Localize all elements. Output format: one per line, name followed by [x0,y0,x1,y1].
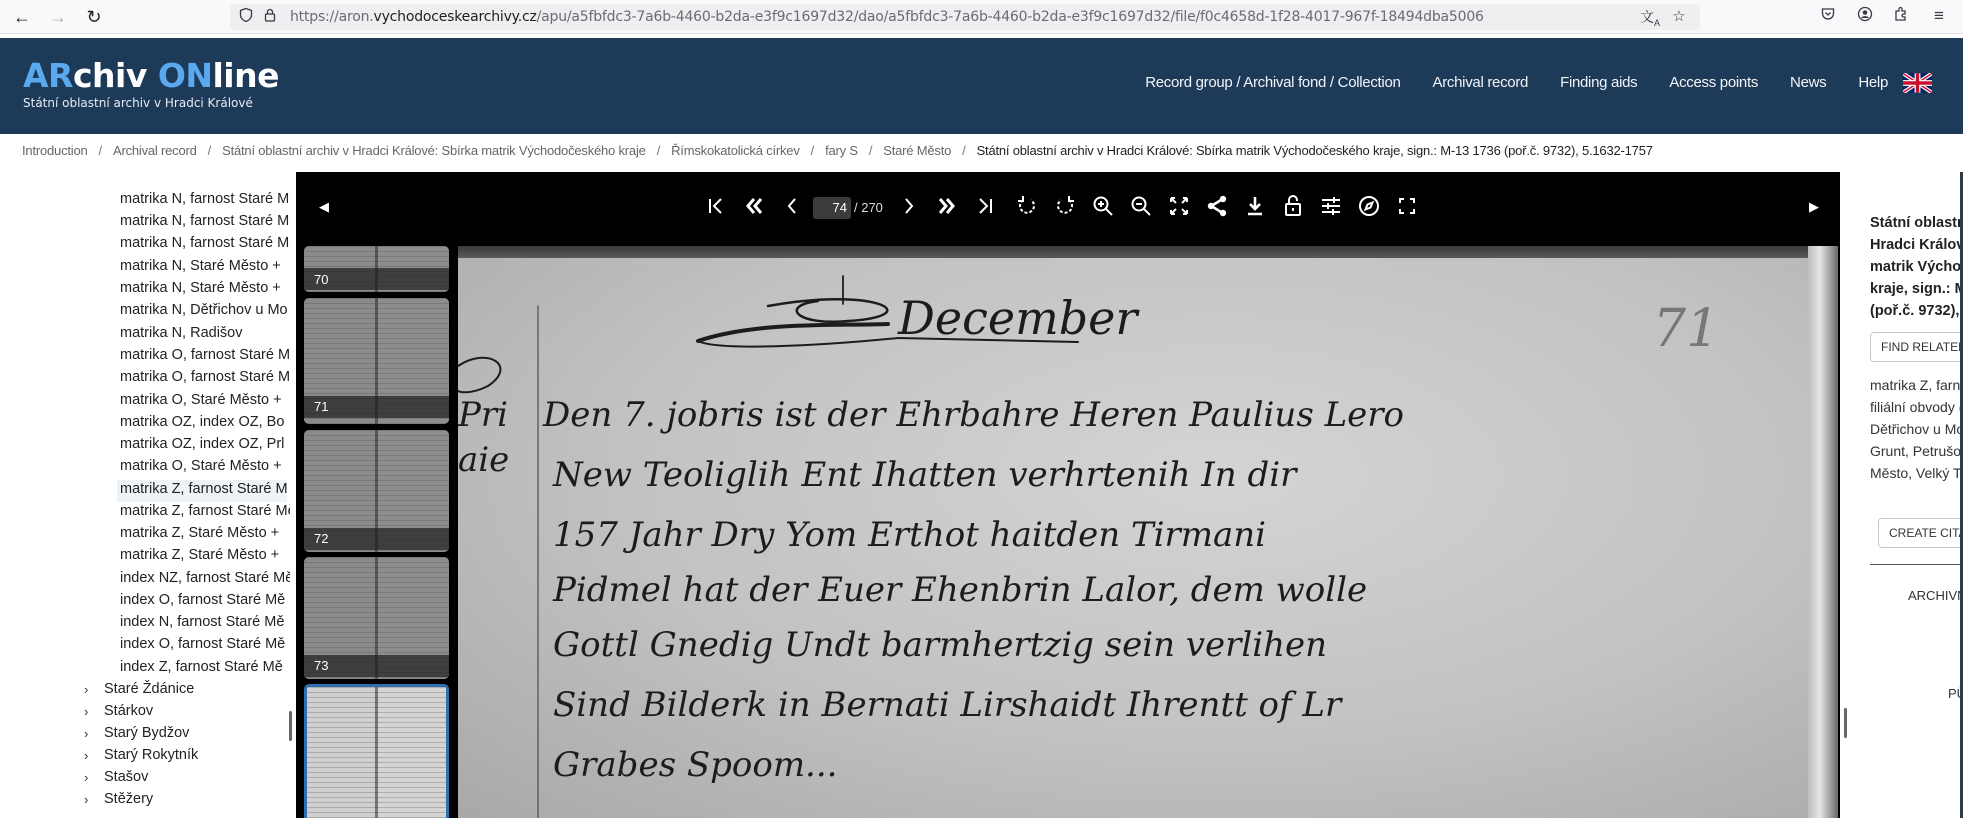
fullscreen-icon[interactable] [1394,194,1420,220]
tree-item[interactable]: matrika N, farnost Staré Město [120,235,290,255]
breadcrumb-fond[interactable]: Státní oblastní archiv v Hradci Králové:… [222,143,646,158]
shield-icon[interactable] [236,7,256,27]
download-icon[interactable] [1242,194,1268,220]
thumbnail-strip[interactable]: 70 71 72 73 [304,246,454,818]
svg-text:Den 7. jobris ist der Ehrbahre: Den 7. jobris ist der Ehrbahre Heren Pau… [542,395,1404,435]
url-host: vychodoceskearchivy.cz [374,9,537,25]
chevron-right-icon[interactable]: › [84,682,88,697]
url-prefix: https://aron. [290,9,374,25]
breadcrumb-separator: / [869,143,872,158]
tree-node-label: Starý Rokytník [104,747,198,763]
browser-toolbar: ← → ↻ https://aron.vychodoceskearchivy.c… [0,0,1963,34]
share-icon[interactable] [1204,194,1230,220]
fast-back-icon[interactable] [741,194,767,220]
tree-item-label: index N, farnost Staré Mě [120,614,284,630]
record-title: Státní oblastní archiv v Hradci Králové:… [1870,212,1963,322]
thumbnail-70[interactable]: 70 [304,246,449,292]
chevron-right-icon[interactable]: › [84,704,88,719]
tree-item[interactable]: matrika O, farnost Staré Město [120,347,290,367]
rotate-left-icon[interactable] [1014,194,1040,220]
tree-item-label: index Z, farnost Staré Mě [120,659,283,675]
svg-text:157 Jahr Dry Yom Erthot haitde: 157 Jahr Dry Yom Erthot haitden Tirmani [553,515,1266,555]
thumbnail-number: 71 [314,399,328,414]
svg-text:Pri: Pri [458,395,508,435]
tree-item-label: matrika OZ, index OZ, Prl [120,436,284,452]
tree-item[interactable]: matrika N, Dětřichov u Mo [120,302,290,322]
archive-tree: matrika N, farnost Staré Město matrika N… [0,188,290,818]
logo-on: ON [158,56,213,95]
rotate-right-icon[interactable] [1052,194,1078,220]
main-nav: Record group / Archival fond / Collectio… [1145,74,1888,91]
lock-icon[interactable] [260,7,280,27]
forward-icon[interactable]: → [47,6,69,28]
tree-node-label: Starý Bydžov [104,725,189,741]
tree-item[interactable]: index O, farnost Staré Mě [120,636,290,656]
tree-item-label: matrika O, Staré Město + [120,392,282,408]
fit-icon[interactable] [1166,194,1192,220]
find-related-button[interactable]: FIND RELATED [1870,332,1963,362]
thumbnail-74-active[interactable] [304,684,449,818]
record-description: matrika Z, farnost Staré Město, filiální… [1870,374,1963,484]
tree-item-label: matrika N, Staré Město + [120,258,281,274]
back-icon[interactable]: ← [11,6,33,28]
tree-item-label: matrika N, Dětřichov u Mo [120,302,288,318]
extensions-icon[interactable] [1891,6,1911,26]
logo-subtitle: Státní oblastní archiv v Hradci Králové [23,96,279,110]
tree-item-label: matrika N, farnost Staré Město [120,213,290,229]
divider [1870,564,1963,565]
chevron-right-icon[interactable]: › [84,726,88,741]
tree-node-label: Stašov [104,769,148,785]
breadcrumb-introduction[interactable]: Introduction [22,143,88,158]
chevron-right-icon[interactable]: › [84,748,88,763]
tree-item-label: matrika N, farnost Staré Město [120,235,290,251]
zoom-in-icon[interactable] [1090,194,1116,220]
tree-item[interactable]: matrika O, farnost Staré Město [120,369,290,389]
tree-item-label: matrika N, Staré Město + [120,280,281,296]
translate-icon[interactable]: 文A [1640,7,1660,27]
nav-help[interactable]: Help [1858,74,1888,91]
logo-line: line [213,56,280,95]
label-archivni: ARCHIVNÍ [1908,588,1963,603]
create-citation-button[interactable]: CREATE CITATION [1878,518,1963,548]
thumbnail-73[interactable]: 73 [304,557,449,679]
thumbnail-number: 73 [314,658,328,673]
breadcrumb-separator: / [962,143,965,158]
logo-title: ARchiv ONline [23,56,279,95]
thumbnail-71[interactable]: 71 [304,298,449,424]
svg-text:71: 71 [1653,299,1719,359]
tree-item[interactable]: matrika N, Staré Město + [120,258,290,278]
adjust-icon[interactable] [1318,194,1344,220]
tree-item-label: matrika N, farnost Staré Město [120,191,290,207]
nav-finding-aids[interactable]: Finding aids [1560,74,1637,91]
prev-page-icon[interactable] [779,194,805,220]
tree-node-stary-bydzov[interactable]: ›Starý Bydžov [84,725,189,741]
tree-node-stare-zdanice[interactable]: ›Staré Ždánice [84,681,194,697]
next-page-icon[interactable] [896,194,922,220]
tree-item[interactable]: index O, farnost Staré Mě [120,592,290,612]
tree-item[interactable]: matrika Z, farnost Staré Město [120,503,290,523]
uk-flag-icon[interactable] [1903,73,1932,93]
pocket-icon[interactable] [1818,6,1838,26]
breadcrumb-stare-mesto[interactable]: Staré Město [883,143,951,158]
tree-item[interactable]: matrika N, Radišov [120,325,290,345]
tree-item[interactable]: matrika O, Staré Město + [120,392,290,412]
svg-text:Pidmel hat der Euer Ehenbrin L: Pidmel hat der Euer Ehenbrin Lalor, dem … [552,570,1367,610]
image-viewer: ◀ / 270 ▶ 70 71 72 [296,172,1840,818]
tree-node-stary-rokytnik[interactable]: ›Starý Rokytník [84,747,198,763]
viewer-splitter-handle[interactable] [1844,708,1847,738]
tree-node-label: Stěžery [104,791,153,807]
svg-text:Sind Bilderk in Bernati Lirsha: Sind Bilderk in Bernati Lirshaidt Ihrent… [553,685,1343,725]
svg-text:New Teoliglih Ent Ihatten verh: New Teoliglih Ent Ihatten verhrtenih In … [552,455,1298,495]
svg-text:Gottl Gnedig Undt barmhertzig: Gottl Gnedig Undt barmhertzig sein verli… [553,625,1327,665]
tree-node-label: Staré Ždánice [104,681,194,697]
compass-icon[interactable] [1356,194,1382,220]
tree-item-label: matrika Z, farnost Staré Město [120,503,290,519]
tree-item[interactable]: matrika N, farnost Staré Město [120,213,290,233]
tree-item[interactable]: index Z, farnost Staré Mě [120,659,290,679]
lock-open-icon[interactable] [1280,194,1306,220]
tree-item-label: matrika OZ, index OZ, Bo [120,414,284,430]
svg-text:December: December [897,291,1140,345]
breadcrumb-current: Státní oblastní archiv v Hradci Králové:… [977,143,1653,158]
star-icon[interactable]: ☆ [1669,7,1689,27]
manuscript-page-image[interactable]: December 71 Pri aie Den 7. jobris ist de… [458,246,1838,818]
fast-forward-icon[interactable] [934,194,960,220]
first-page-icon[interactable] [703,194,729,220]
collapse-right-icon[interactable]: ▶ [1801,194,1827,220]
breadcrumb-separator: / [99,143,102,158]
nav-record-group[interactable]: Record group / Archival fond / Collectio… [1145,74,1400,91]
tree-item[interactable]: matrika O, Staré Město + [120,458,290,478]
tree-item[interactable]: matrika N, Staré Město + [120,280,290,300]
last-page-icon[interactable] [972,194,998,220]
tree-item[interactable]: matrika OZ, index OZ, Bo [120,414,290,434]
breadcrumb-separator: / [811,143,814,158]
tree-item-label: matrika O, farnost Staré Město [120,347,290,363]
tree-item-label: index O, farnost Staré Mě [120,592,285,608]
tree-item-label: matrika O, Staré Město + [120,458,282,474]
tree-splitter-handle[interactable] [289,711,292,741]
tree-item-label: matrika O, farnost Staré Město [120,369,290,385]
nav-archival-record[interactable]: Archival record [1433,74,1529,91]
thumbnail-image [307,687,446,818]
tree-item-label: index NZ, farnost Staré Město [120,570,290,586]
url-text[interactable]: https://aron.vychodoceskearchivy.cz/apu/… [290,9,1484,25]
handwriting-overlay: December 71 Pri aie Den 7. jobris ist de… [458,246,1838,818]
tree-node-label: Stárkov [104,703,153,719]
tree-node-starkov[interactable]: ›Stárkov [84,703,153,719]
tree-item[interactable]: matrika Z, Staré Město + [120,525,290,545]
tree-item[interactable]: matrika N, farnost Staré Město [120,191,290,211]
chevron-right-icon[interactable]: › [84,792,88,807]
tree-item[interactable]: matrika Z, Staré Město + [120,547,290,567]
page-total: / 270 [854,197,883,219]
account-icon[interactable] [1855,6,1875,26]
record-detail-pane: Státní oblastní archiv v Hradci Králové:… [1848,172,1963,818]
site-header: ARchiv ONline Státní oblastní archiv v H… [0,38,1963,134]
logo-ar: AR [23,56,73,95]
nav-news[interactable]: News [1790,74,1826,91]
tree-item-label: matrika Z, farnost Staré Město [120,481,287,497]
url-bar[interactable]: https://aron.vychodoceskearchivy.cz/apu/… [230,4,1700,30]
svg-text:aie: aie [458,440,509,480]
logo[interactable]: ARchiv ONline Státní oblastní archiv v H… [23,56,279,110]
tree-item-label: index O, farnost Staré Mě [120,636,285,652]
url-path: /apu/a5fbfdc3-7a6b-4460-b2da-e3f9c1697d3… [537,9,1484,25]
thumbnail-number: 70 [314,272,328,287]
nav-access-points[interactable]: Access points [1669,74,1758,91]
menu-icon[interactable]: ≡ [1929,6,1949,26]
tree-item[interactable]: index N, farnost Staré Mě [120,614,290,634]
svg-text:Grabes Spoom...: Grabes Spoom... [553,745,837,785]
tree-node-stezery[interactable]: ›Stěžery [84,791,153,807]
breadcrumb-separator: / [657,143,660,158]
breadcrumb: Introduction/ Archival record/ Státní ob… [22,143,1653,158]
tree-node-stasov[interactable]: ›Stašov [84,769,148,785]
tree-item[interactable]: index NZ, farnost Staré Město [120,570,290,590]
logo-chiv: chiv [73,56,158,95]
tree-item-label: matrika N, Radišov [120,325,242,341]
zoom-out-icon[interactable] [1128,194,1154,220]
thumbnail-72[interactable]: 72 [304,430,449,552]
breadcrumb-church[interactable]: Římskokatolická církev [671,143,800,158]
collapse-left-icon[interactable]: ◀ [311,194,337,220]
reload-icon[interactable]: ↻ [83,6,105,28]
tree-item-label: matrika Z, Staré Město + [120,547,279,563]
breadcrumb-fary-s[interactable]: fary S [825,143,858,158]
thumbnail-number: 72 [314,531,328,546]
chevron-right-icon[interactable]: › [84,770,88,785]
tree-item[interactable]: matrika OZ, index OZ, Prl [120,436,290,456]
page-number-input[interactable] [813,197,851,219]
tree-item-label: matrika Z, Staré Město + [120,525,279,541]
tree-item-selected[interactable]: matrika Z, farnost Staré Město [117,480,287,502]
breadcrumb-archival-record[interactable]: Archival record [113,143,197,158]
breadcrumb-separator: / [208,143,211,158]
